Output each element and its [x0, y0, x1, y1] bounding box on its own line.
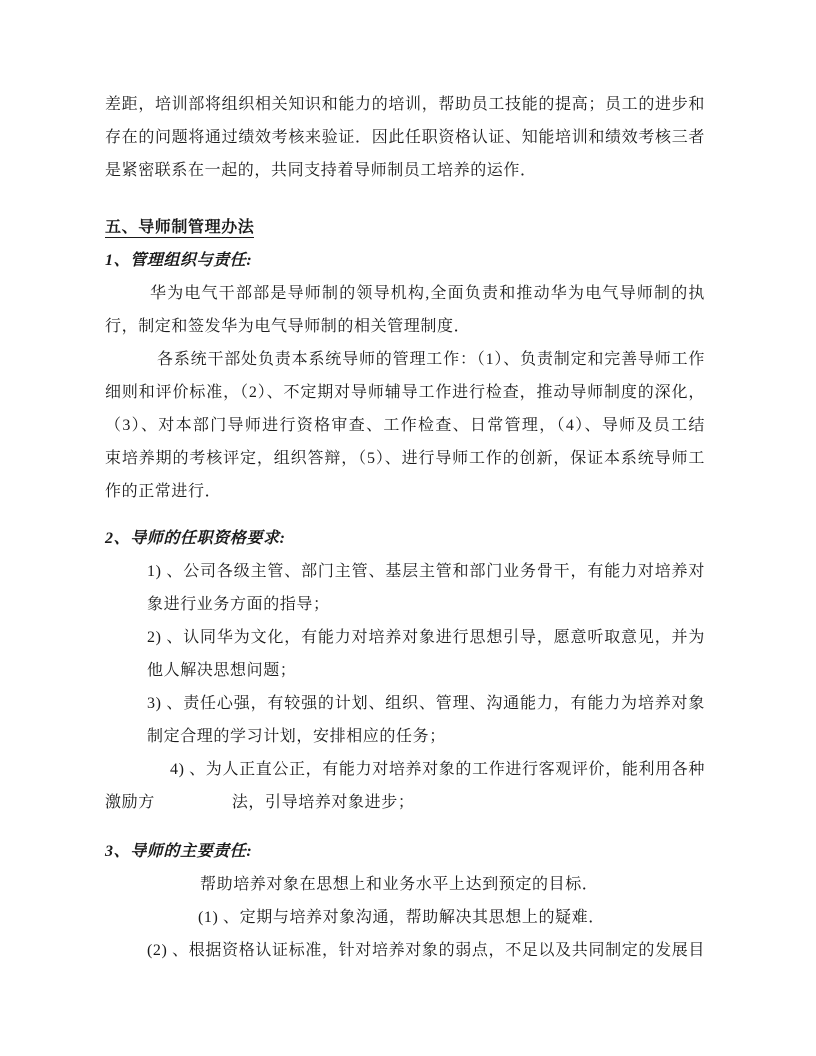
list-item-line: 4) 、为人正直公正，有能力对培养对象的工作进行客观评价，能利用各种 [105, 753, 705, 786]
subsection-title-1: 1、管理组织与责任: [105, 244, 705, 277]
text-line: 细则和评价标准，（2）、不定期对导师辅导工作进行检查，推动导师制度的深化， [105, 376, 705, 409]
section-heading-text: 五、导师制管理办法 [105, 219, 254, 238]
text-line: 帮助培养对象在思想上和业务水平上达到预定的目标． [105, 868, 705, 901]
document-page: 差距，培训部将组织相关知识和能力的培训，帮助员工技能的提高；员工的进步和 存在的… [0, 0, 816, 1056]
subsection-title-3: 3、导师的主要责任: [105, 835, 705, 868]
text-line: （3）、对本部门导师进行资格审查、工作检查、日常管理，（4）、导师及员工结 [105, 409, 705, 442]
responsibility-list: 帮助培养对象在思想上和业务水平上达到预定的目标． (1) 、定期与培养对象沟通，… [105, 868, 705, 967]
text-line: 华为电气干部部是导师制的领导机构,全面负责和推动华为电气导师制的执 [105, 277, 705, 310]
qualification-list: 1) 、公司各级主管、部门主管、基层主管和部门业务骨干，有能力对培养对 象进行业… [105, 555, 705, 819]
list-item-line: 1) 、公司各级主管、部门主管、基层主管和部门业务骨干，有能力对培养对 [105, 555, 705, 588]
list-item-line: 2) 、认同华为文化，有能力对培养对象进行思想引导，愿意听取意见，并为 [105, 621, 705, 654]
paragraph-org-lead: 华为电气干部部是导师制的领导机构,全面负责和推动华为电气导师制的执 行，制定和签… [105, 277, 705, 343]
split-line-left: 激励方 [105, 794, 155, 811]
list-item-line: 象进行业务方面的指导； [105, 588, 705, 621]
list-item-line: 他人解决思想问题； [105, 654, 705, 687]
text-line: 差距，培训部将组织相关知识和能力的培训，帮助员工技能的提高；员工的进步和 [105, 88, 705, 121]
subsection-title-2: 2、导师的任职资格要求: [105, 522, 705, 555]
text-line: 作的正常进行． [105, 475, 705, 508]
text-line: 行，制定和签发华为电气导师制的相关管理制度． [105, 310, 705, 343]
list-item-line: 制定合理的学习计划，安排相应的任务； [105, 720, 705, 753]
intro-paragraph: 差距，培训部将组织相关知识和能力的培训，帮助员工技能的提高；员工的进步和 存在的… [105, 88, 705, 187]
list-item-split-line: 激励方法，引导培养对象进步； [105, 786, 705, 819]
section-heading: 五、导师制管理办法 [105, 211, 705, 244]
paragraph-dept-duties: 各系统干部处负责本系统导师的管理工作：（1）、负责制定和完善导师工作 细则和评价… [105, 343, 705, 508]
text-line: 是紧密联系在一起的，共同支持着导师制员工培养的运作． [105, 154, 705, 187]
list-item-line: (2) 、根据资格认证标准，针对培养对象的弱点，不足以及共同制定的发展目 [105, 934, 705, 967]
text-line: 束培养期的考核评定，组织答辩，（5）、进行导师工作的创新，保证本系统导师工 [105, 442, 705, 475]
split-line-right: 法，引导培养对象进步； [232, 794, 415, 811]
list-item-line: (1) 、定期与培养对象沟通，帮助解决其思想上的疑难． [105, 901, 705, 934]
text-line: 存在的问题将通过绩效考核来验证．因此任职资格认证、知能培训和绩效考核三者 [105, 121, 705, 154]
list-item-line: 3) 、责任心强，有较强的计划、组织、管理、沟通能力，有能力为培养对象 [105, 687, 705, 720]
text-line: 各系统干部处负责本系统导师的管理工作：（1）、负责制定和完善导师工作 [105, 343, 705, 376]
